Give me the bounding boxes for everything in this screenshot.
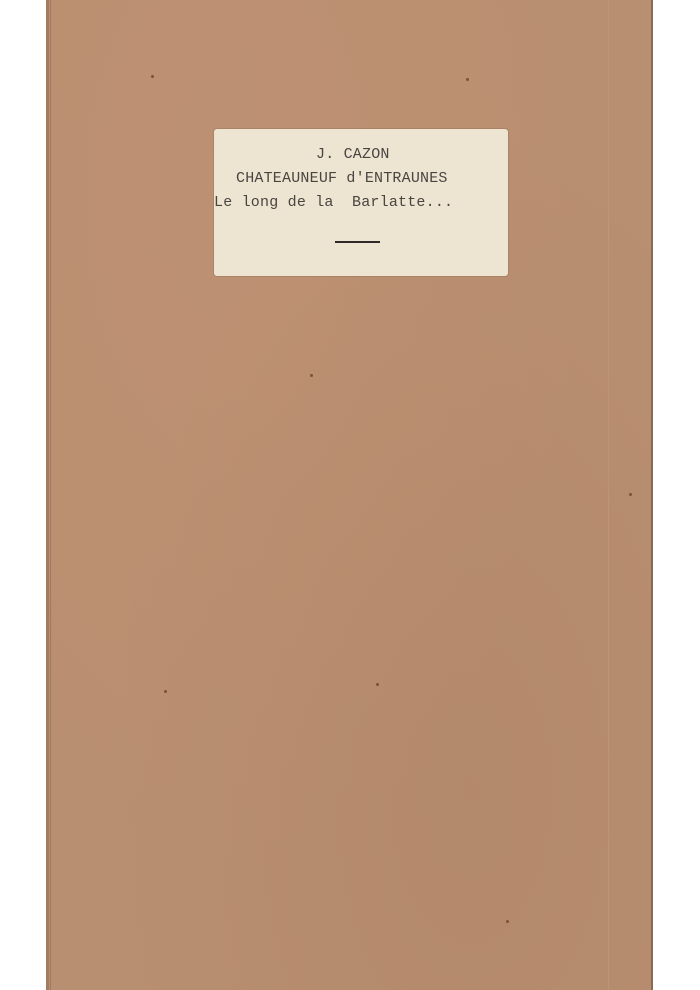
book-title: Le long de la Barlatte...	[214, 194, 453, 211]
paper-speck	[466, 78, 469, 81]
book-cover: J. CAZON CHATEAUNEUF d'ENTRAUNES Le long…	[46, 0, 653, 990]
paper-speck	[506, 920, 509, 923]
author-name: J. CAZON	[316, 146, 390, 163]
title-label: J. CAZON CHATEAUNEUF d'ENTRAUNES Le long…	[214, 129, 508, 276]
place-name: CHATEAUNEUF d'ENTRAUNES	[236, 170, 448, 187]
paper-speck	[376, 683, 379, 686]
paper-speck	[164, 690, 167, 693]
paper-speck	[310, 374, 313, 377]
paper-speck	[151, 75, 154, 78]
paper-speck	[629, 493, 632, 496]
divider-rule	[335, 241, 380, 243]
